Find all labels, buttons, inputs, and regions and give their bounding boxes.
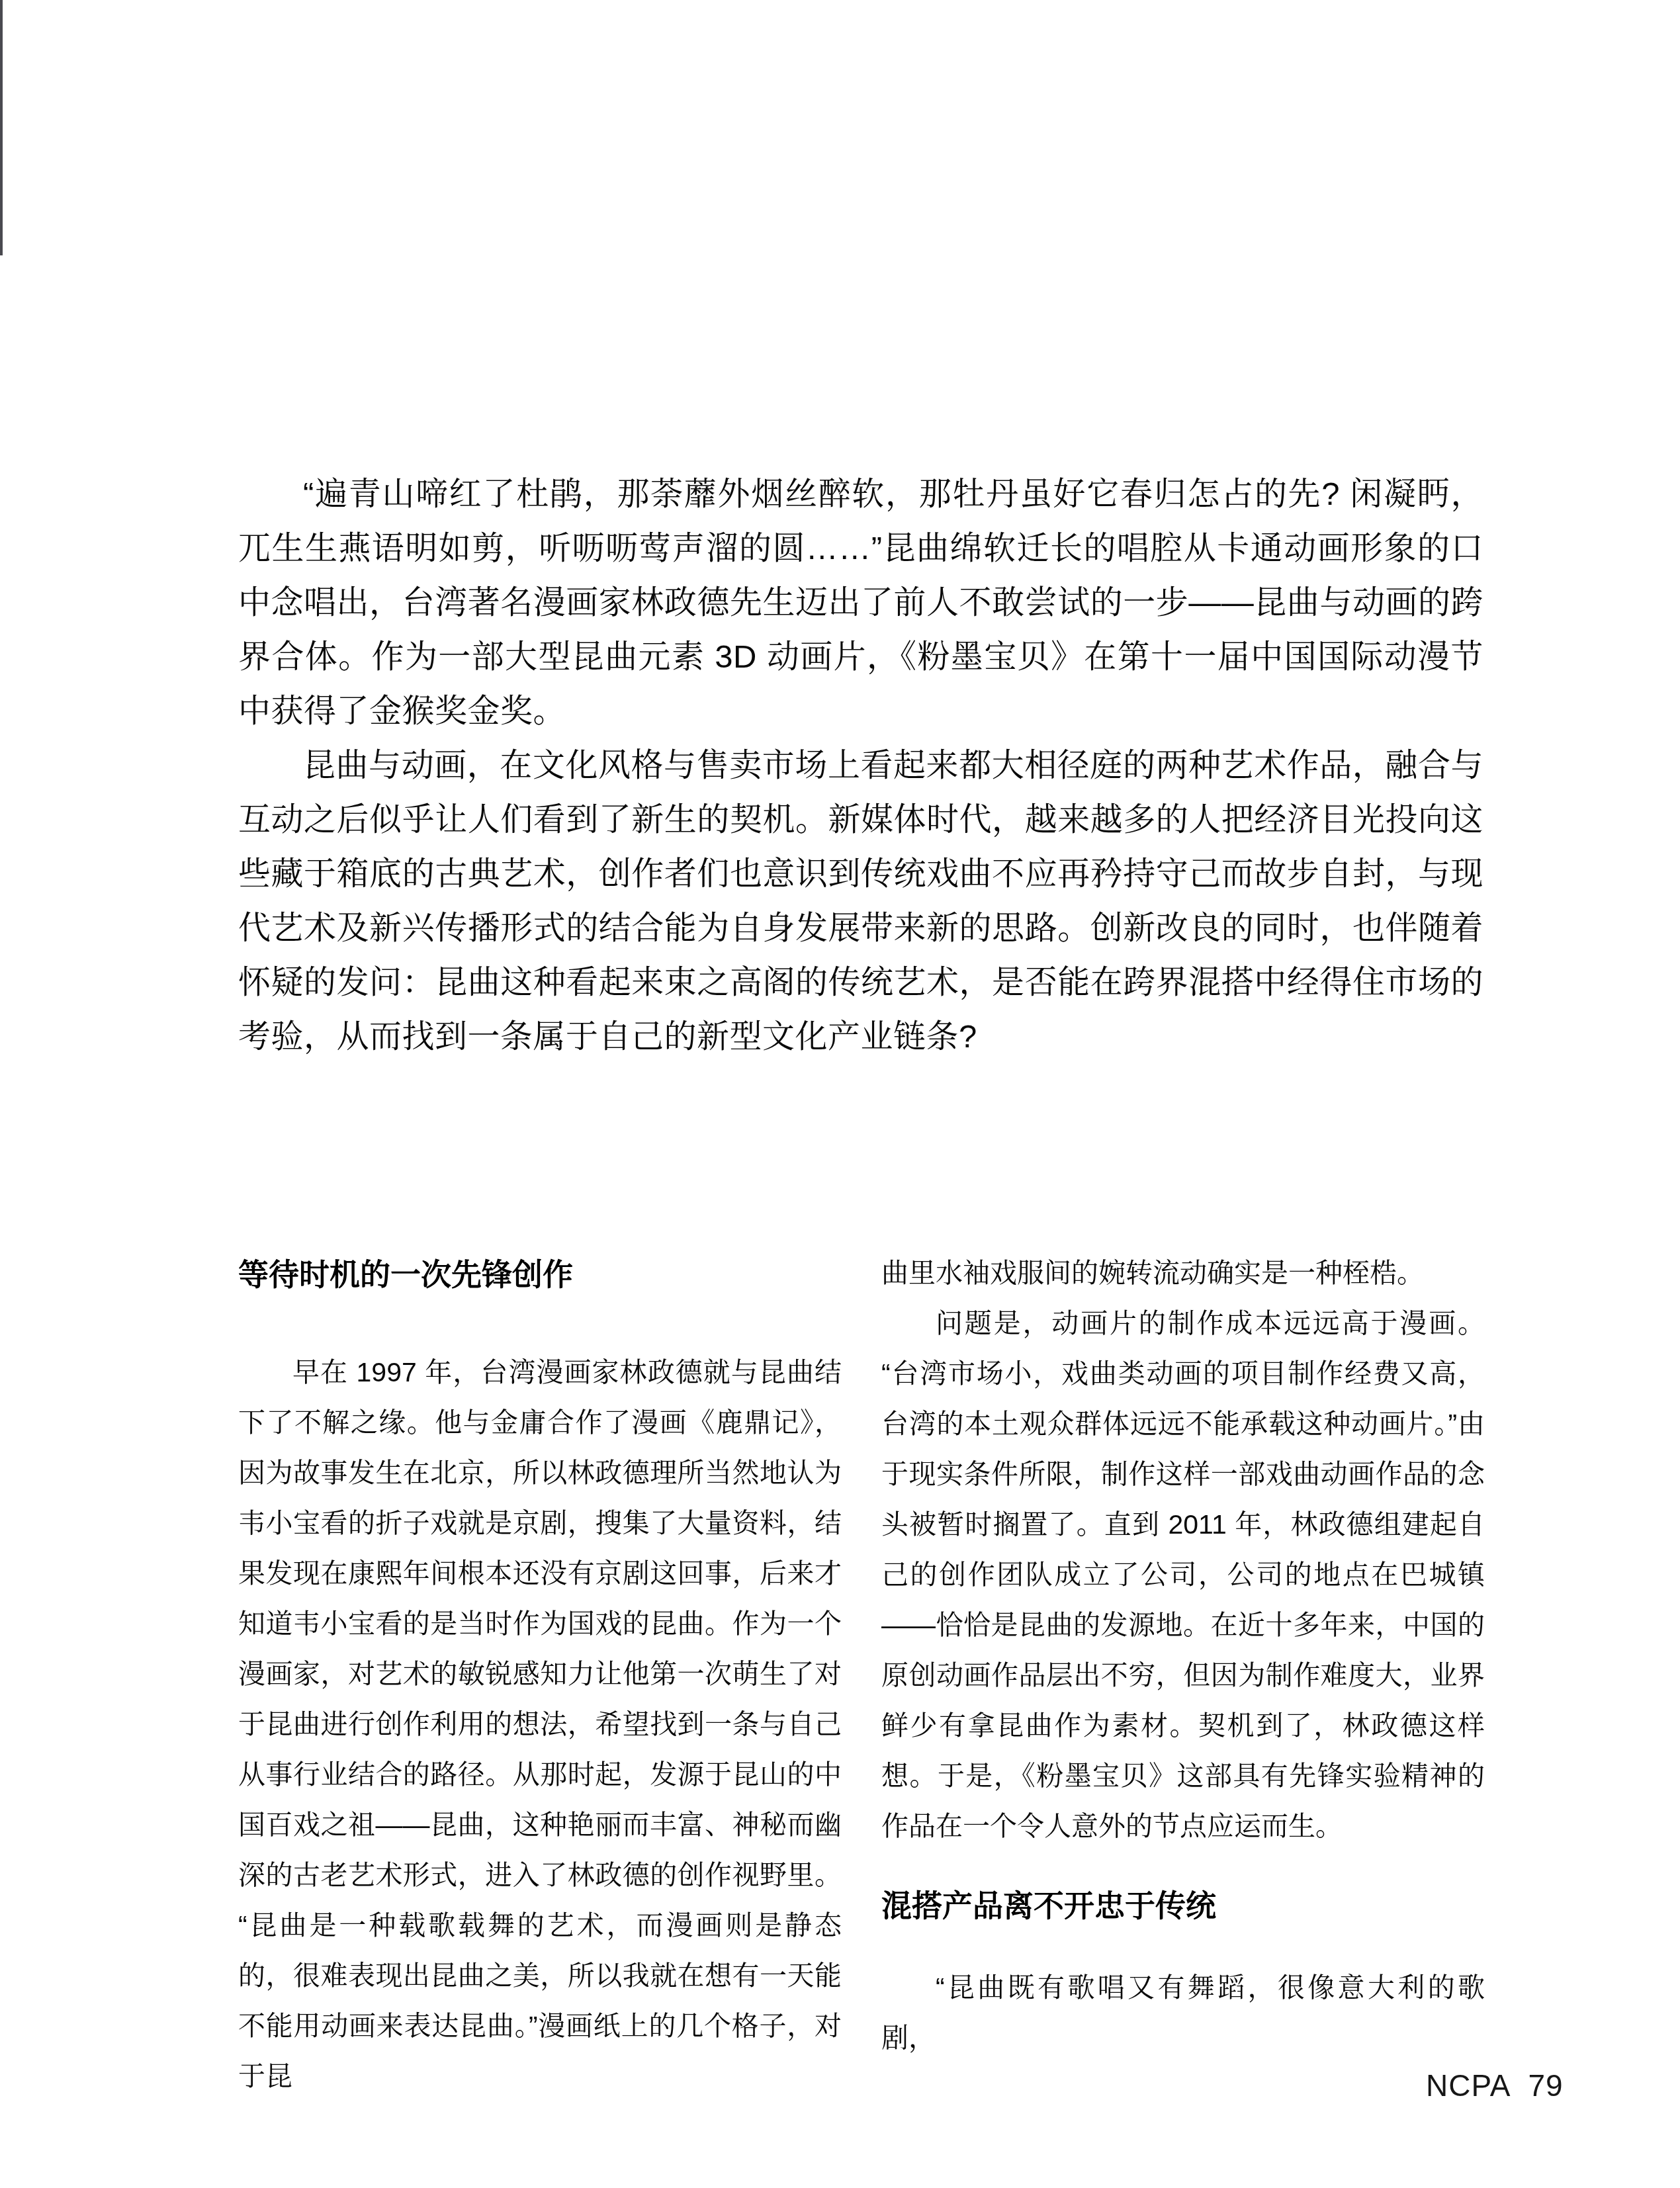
magazine-page: “遍青山啼红了杜鹃，那荼蘼外烟丝醉软，那牡丹虽好它春归怎占的先? 闲凝眄，兀生生… bbox=[0, 0, 1680, 2188]
body-paragraph: 问题是，动画片的制作成本远远高于漫画。“台湾市场小，戏曲类动画的项目制作经费又高… bbox=[881, 1298, 1485, 1851]
body-paragraph-continued: 曲里水袖戏服间的婉转流动确实是一种桎梏。 bbox=[881, 1248, 1485, 1298]
body-paragraph: 早在 1997 年，台湾漫画家林政德就与昆曲结下了不解之缘。他与金庸合作了漫画《… bbox=[238, 1347, 842, 2101]
page-edge-mark bbox=[0, 0, 3, 255]
section-heading: 等待时机的一次先锋创作 bbox=[238, 1257, 842, 1291]
page-footer: NCPA 79 bbox=[1426, 2068, 1564, 2103]
intro-paragraph: “遍青山啼红了杜鹃，那荼蘼外烟丝醉软，那牡丹虽好它春归怎占的先? 闲凝眄，兀生生… bbox=[238, 467, 1483, 738]
lead-in-block: “遍青山啼红了杜鹃，那荼蘼外烟丝醉软，那牡丹虽好它春归怎占的先? 闲凝眄，兀生生… bbox=[238, 467, 1483, 1064]
section-heading: 混搭产品离不开忠于传统 bbox=[881, 1888, 1485, 1923]
body-paragraph: “昆曲既有歌唱又有舞蹈，很像意大利的歌剧， bbox=[881, 1962, 1485, 2063]
journal-name: NCPA bbox=[1426, 2068, 1511, 2103]
page-number: 79 bbox=[1528, 2068, 1563, 2103]
article-column-right: 曲里水袖戏服间的婉转流动确实是一种桎梏。 问题是，动画片的制作成本远远高于漫画。… bbox=[881, 1248, 1485, 2063]
article-column-left: 等待时机的一次先锋创作 早在 1997 年，台湾漫画家林政德就与昆曲结下了不解之… bbox=[238, 1248, 842, 2101]
intro-paragraph: 昆曲与动画，在文化风格与售卖市场上看起来都大相径庭的两种艺术作品，融合与互动之后… bbox=[238, 738, 1483, 1064]
